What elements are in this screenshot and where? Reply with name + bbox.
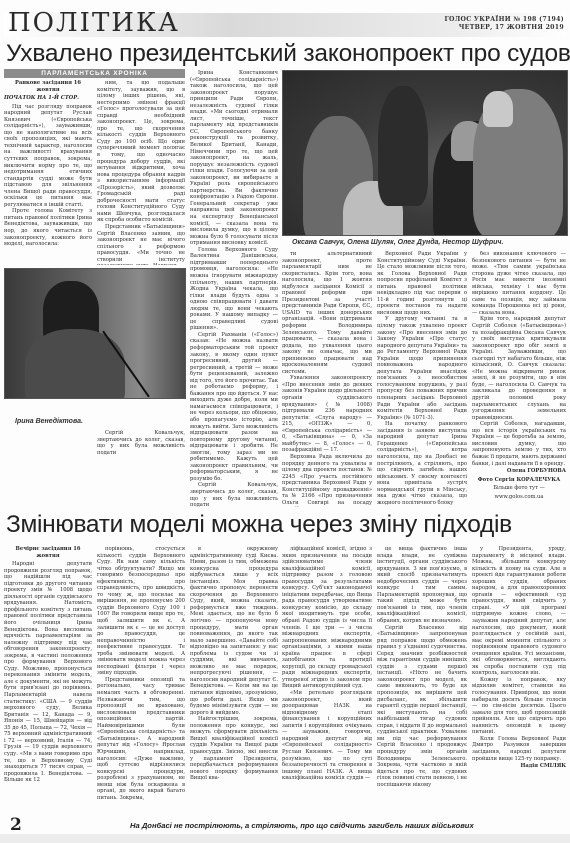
article1-paragraph: Ухвалення законопроекту «Про внесення зм… bbox=[282, 375, 372, 454]
article2-column-3: в окружному адміністративному суді Києва… bbox=[190, 546, 278, 814]
article2-column-1: Вечірнє засідання 16 жовтня Народні депу… bbox=[4, 546, 92, 814]
article1-paragraph: Представник «Батьківщини» Сергій Власенк… bbox=[97, 224, 185, 265]
article1-paragraph: Під час розгляду поправок народний депут… bbox=[4, 104, 92, 209]
article1-paragraph: Сергій Рахманін («Голос») сказав: «Не мо… bbox=[190, 332, 278, 483]
article1-column-4: ти альтернативний законопроект, проте па… bbox=[282, 251, 372, 507]
article1-column-2b: Сергій Ковальчук, звертаючись до колег, … bbox=[97, 430, 185, 507]
article2-column-5: це вища фактично інша влада влади, не су… bbox=[377, 546, 467, 814]
article2-paragraph: Найгострішим, зокрема, положення про кон… bbox=[190, 716, 278, 781]
article1-paragraph: Верховної Ради України у Конституційному… bbox=[377, 251, 467, 316]
article1-dateline: Ранкове засідання 16 жовтня bbox=[4, 80, 92, 93]
article2-paragraph: порівнянь, стосується кількості суддів В… bbox=[97, 546, 185, 677]
photo-venediktova bbox=[4, 268, 186, 399]
section-title: ПОЛІТИКА bbox=[8, 8, 180, 38]
footer-tagline: На Донбасі не пострілюють, а стріляють, … bbox=[130, 821, 474, 831]
more-photos-link[interactable]: www.golos.com.ua bbox=[472, 494, 566, 501]
article1-paragraph: На початку ранкового засідання із заявою… bbox=[377, 421, 467, 506]
photo-credit: Фото Сергія КОРАЛЕЧУКА bbox=[472, 477, 566, 484]
article1-paragraph: Сергій Ковальчук, звертаючись до колег, … bbox=[97, 430, 185, 456]
article2-paragraph: Народні депутати продовжили розгляд попр… bbox=[4, 561, 92, 784]
article2-headline: Змінювати моделі можна через зміну підхо… bbox=[6, 511, 512, 539]
article2-paragraph: Сергій Власенко від «Батьківщини» запроп… bbox=[377, 625, 467, 789]
article2-column-2: порівнянь, стосується кількості суддів В… bbox=[97, 546, 185, 814]
article2-byline: Надія СМІЛЯК bbox=[472, 763, 566, 770]
article1-byline: Олена ГОРБУНОВА bbox=[472, 468, 566, 475]
article2-paragraph: Кожну із поправок, яку відхилив комітет,… bbox=[472, 677, 566, 736]
photo1-caption: Оксана Савчук, Олена Шуляк, Олег Дунда, … bbox=[292, 238, 503, 247]
article1-paragraph: без виконання ключового — безпекового пи… bbox=[472, 251, 566, 316]
article1-column-1b bbox=[4, 430, 92, 507]
more-photos-text: Більше фото тут — bbox=[472, 485, 566, 492]
article1-column-5: Верховної Ради України у Конституційному… bbox=[377, 251, 467, 507]
masthead: ГОЛОС УКРАЇНИ № 198 (7194) ЧЕТВЕР, 17 ЖО… bbox=[444, 16, 564, 32]
article1-paragraph: Верховна Рада включила до порядку денног… bbox=[282, 454, 372, 507]
article2-paragraph: це вища фактично інша влада влади, не су… bbox=[377, 546, 467, 625]
article1-column-2: ним, та що подальше комітету, зауважив, … bbox=[97, 80, 185, 265]
article1-column-6: без виконання ключового — безпекового пи… bbox=[472, 251, 566, 507]
article1-column-1: Ранкове засідання 16 жовтня ПОЧАТОК НА 1… bbox=[4, 80, 92, 265]
article1-paragraph: У другому читанні та в цілому також ухва… bbox=[377, 316, 467, 421]
page-number: 2 bbox=[10, 815, 22, 835]
article2-paragraph: Представники опозиції та регіонально, ча… bbox=[97, 677, 185, 801]
article2-dateline: Вечірнє засідання 16 жовтня bbox=[4, 546, 92, 559]
rubric-parliament-chronicle: ПАРЛАМЕНТСЬКА ХРОНІКА bbox=[4, 69, 185, 78]
article1-paragraph: ти альтернативний законопроект, проте па… bbox=[282, 251, 372, 375]
article1-paragraph: Проте голова Комітету з питань правової … bbox=[4, 208, 92, 247]
article2-paragraph: Коли Голова Верховної Ради Дмитро Разумк… bbox=[472, 736, 566, 762]
photo-parliament-group bbox=[282, 70, 568, 236]
article2-column-4: ліфікаційної комісії, згідно з яким приз… bbox=[282, 546, 372, 814]
article1-paragraph: Ірина Констанкевич («Європейська солідар… bbox=[190, 70, 278, 247]
article1-paragraph: Сергій Соболєв, нагадавши, що вся історі… bbox=[472, 421, 566, 467]
article1-column-3: Ірина Констанкевич («Європейська солідар… bbox=[190, 70, 278, 507]
article1-headline: Ухвалено президентський законопроект про… bbox=[6, 40, 570, 68]
newspaper-page: ПОЛІТИКА ГОЛОС УКРАЇНИ № 198 (7194) ЧЕТВ… bbox=[0, 0, 570, 843]
article2-paragraph: у Президента, уряду, парламенту й місцев… bbox=[472, 546, 566, 677]
article1-paragraph: Голова Верховного Суду Валентина Данішев… bbox=[190, 247, 278, 332]
page-bottom-margin bbox=[0, 834, 570, 843]
article1-paragraph: ним, та що подальше комітету, зауважив, … bbox=[97, 80, 185, 224]
article2-paragraph: в окружному адміністративному суді Києва… bbox=[190, 546, 278, 716]
photo-figure bbox=[378, 86, 428, 206]
photo-figure-face bbox=[483, 91, 513, 127]
article1-paragraph: Сергій Ковальчук, звертаючись до колег, … bbox=[190, 482, 278, 507]
article2-paragraph: ліфікаційної комісії, згідно з яким приз… bbox=[282, 546, 372, 690]
masthead-issue: ГОЛОС УКРАЇНИ № 198 (7194) bbox=[444, 16, 564, 24]
article1-continuation: ПОЧАТОК НА 1-Й СТОР. bbox=[4, 95, 92, 102]
article1-paragraph: Крім того, народний депутат Сергій Собол… bbox=[472, 316, 566, 421]
masthead-date: ЧЕТВЕР, 17 ЖОВТНЯ 2019 bbox=[444, 24, 564, 32]
article2-paragraph: «Ми ретельно розглядали законопроект, як… bbox=[282, 690, 372, 782]
photo2-caption: Ірина Венедіктова. bbox=[15, 417, 83, 426]
article2-column-6: у Президента, уряду, парламенту й місцев… bbox=[472, 546, 566, 814]
